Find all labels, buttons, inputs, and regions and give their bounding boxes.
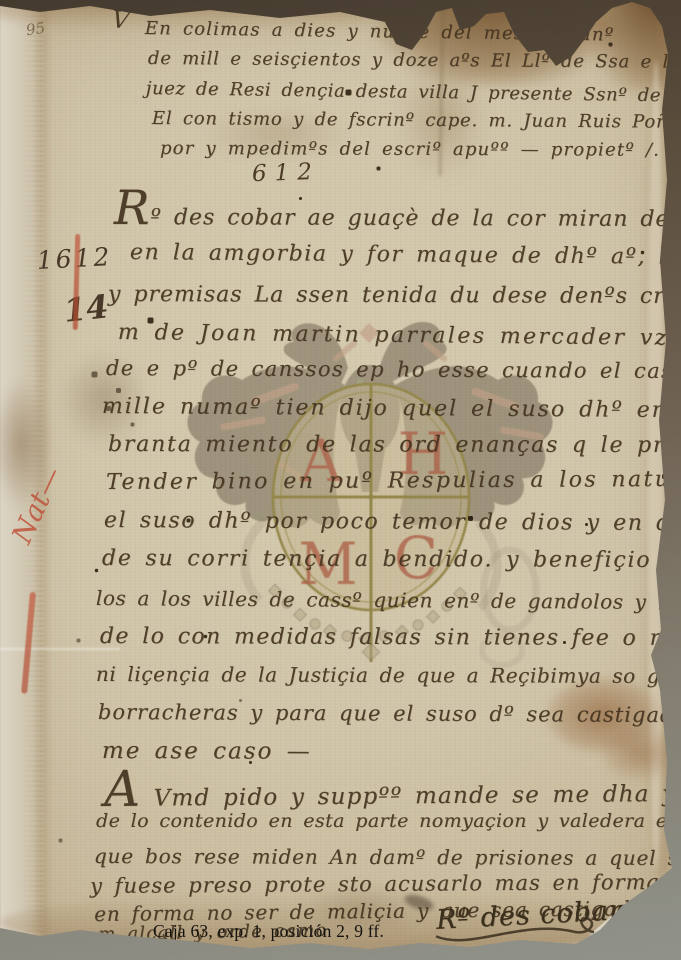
page-edge-highlight (648, 60, 664, 870)
stain (585, 0, 681, 92)
manuscript-line: Tender bino en puº Respulias a los natur… (106, 467, 681, 495)
manuscript-line: de lo con medidas falsas sin tienes fee … (100, 624, 681, 651)
manuscript-line: ni liçençia de la Justiçia de que a Reçi… (96, 662, 681, 688)
manuscript-line: de lo contenido en esta parte nomyaçion … (96, 810, 681, 832)
manuscript-line: de su corri tençia a bendido. y benefiçi… (102, 546, 681, 573)
manuscript-line: El con tismo y de fscrinº cape. m. Juan … (152, 108, 681, 133)
manuscript-line: los a los villes de cassº quien enº de g… (96, 586, 681, 614)
dirt-specks (0, 0, 1, 1)
manuscript-line: que bos rese miden An damº de prisiones … (94, 844, 681, 870)
manuscript-line: y fuese preso prote sto acusarlo mas en … (90, 869, 681, 898)
manuscript-line: en la amgorbia y for maque de dhº aº, lu… (130, 240, 681, 270)
manuscript-line: Rº des cobar ae guaçè de la cor miran de… (114, 192, 681, 232)
header-number: 612 (252, 159, 321, 187)
folio-number: 95 (25, 19, 46, 39)
manuscript-line: borracheras y para que el suso dº sea ca… (98, 700, 681, 727)
manuscript-page: A H M C 95 (0, 0, 681, 960)
manuscript-line: por y mpedimºs del escriº apuºº — propie… (160, 138, 660, 161)
manuscript-line: de e pº de canssos ep ho esse cuando el … (106, 356, 681, 383)
manuscript-line: juez de Resi dençia desta villa J presen… (146, 78, 681, 107)
manuscript-line: mille numaº tien dijo quel el suso dhº e… (102, 394, 681, 423)
manuscript-line: de mill e seisçientos y doze aºs El Llº … (148, 48, 681, 73)
archive-caption: Caja 63, exp. 1, posición 2, 9 ff. (153, 921, 384, 942)
manuscript-line: y premisas La ssen tenida du dese denºs … (108, 282, 681, 309)
margin-number: 14 (62, 287, 110, 329)
ink-specks (0, 0, 1, 1)
scanned-manuscript: A H M C 95 (0, 0, 681, 960)
manuscript-line: el suso dhº por poco temor de dios y en … (104, 508, 681, 536)
manuscript-line: branta miento de las ord enanças q le pr… (108, 432, 681, 458)
manuscript-line: En colimas a dies y nueve del mes de Jun… (145, 18, 615, 46)
check-mark: V (111, 5, 131, 35)
manuscript-line: A Vmd pido y suppºº mande se me dha ynfo… (104, 766, 681, 812)
